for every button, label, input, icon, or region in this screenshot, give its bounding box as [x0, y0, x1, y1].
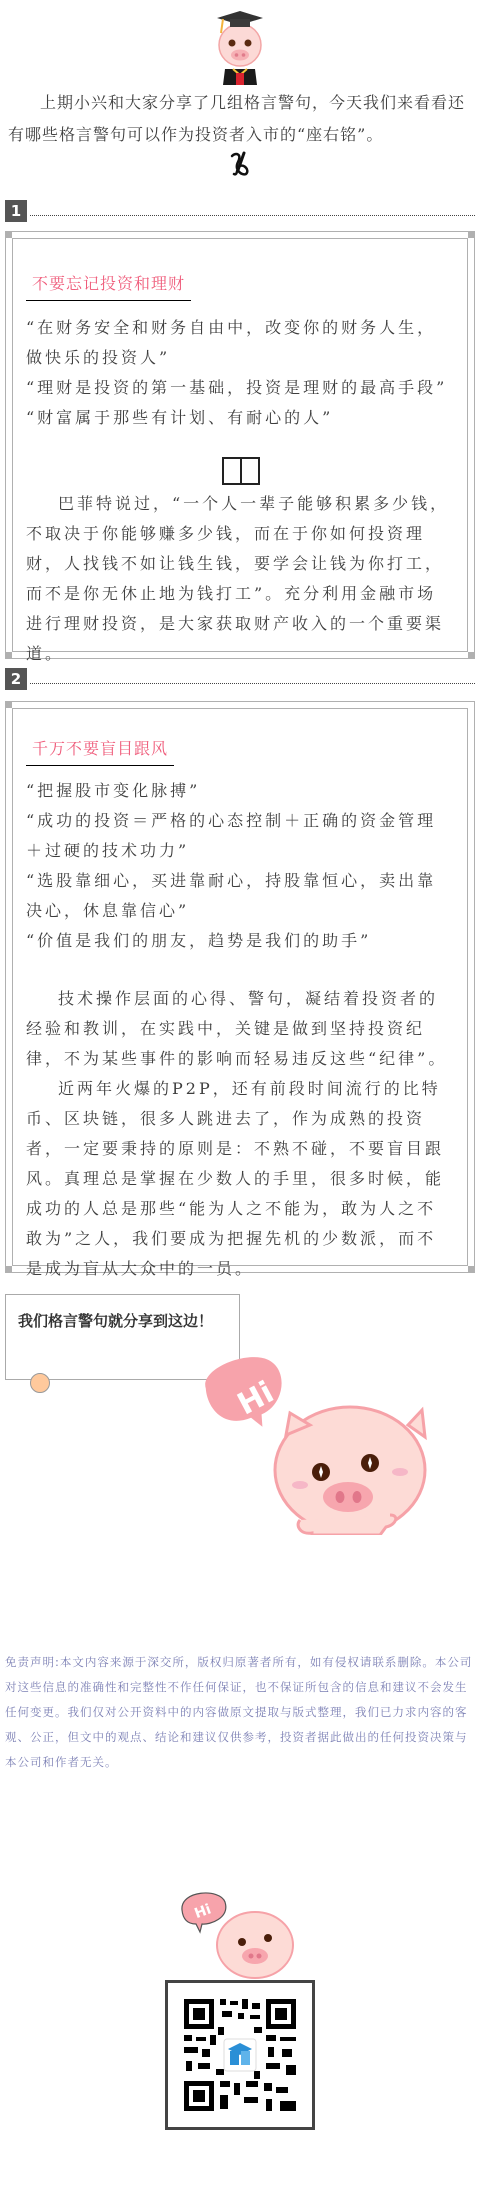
quote-item: “在财务安全和财务自由中，改变你的财务人生，做快乐的投资人” — [26, 313, 455, 373]
intro-text: 上期小兴和大家分享了几组格言警句，今天我们来看看还有哪些格言警句可以作为投资者入… — [8, 87, 472, 151]
frame-corner — [6, 702, 12, 708]
frame-corner — [6, 652, 12, 658]
frame-corner — [468, 232, 474, 238]
hi-pig-illustration: Hi — [200, 1355, 450, 1535]
frame-corner — [6, 232, 12, 238]
graduate-pig-illustration — [205, 5, 275, 85]
calligraphy-ornament-icon — [228, 150, 252, 180]
quote-item: “选股靠细心，买进靠耐心，持股靠恒心，卖出靠决心，休息靠信心” — [26, 866, 455, 926]
section-number-badge: 2 — [5, 668, 27, 690]
section-1-header: 1 — [5, 200, 475, 222]
section-2-title: 千万不要盲目跟风 — [26, 736, 174, 766]
section-1-title: 不要忘记投资和理财 — [26, 271, 191, 301]
body-paragraph: 技术操作层面的心得、警句，凝结着投资者的经验和教训，在实践中，关键是做到坚持投资… — [26, 984, 455, 1074]
quote-item: “价值是我们的朋友，趋势是我们的助手” — [26, 926, 455, 956]
footer-hi-pig-sticker: Hi — [180, 1880, 300, 1980]
qr-code[interactable] — [165, 1980, 315, 2130]
closing-text: 我们格言警句就分享到这边！ — [18, 1305, 227, 1337]
section-2-frame: 千万不要盲目跟风 “把握股市变化脉搏” “成功的投资＝严格的心态控制＋正确的资金… — [5, 701, 475, 1273]
qr-code-pattern — [168, 1983, 312, 2127]
quote-item: “成功的投资＝严格的心态控制＋正确的资金管理＋过硬的技术功力” — [26, 806, 455, 866]
body-paragraph: 近两年火爆的P2P，还有前段时间流行的比特币、区块链，很多人跳进去了，作为成熟的… — [26, 1074, 455, 1284]
open-book-icon — [222, 457, 260, 485]
section-1-frame: 不要忘记投资和理财 “在财务安全和财务自由中，改变你的财务人生，做快乐的投资人”… — [5, 231, 475, 659]
disclaimer-text: 免责声明:本文内容来源于深交所，版权归原著者所有，如有侵权请联系删除。本公司对这… — [5, 1650, 475, 1775]
quote-item: “财富属于那些有计划、有耐心的人” — [26, 403, 455, 433]
section-2-header: 2 — [5, 668, 475, 690]
quote-item: “理财是投资的第一基础，投资是理财的最高手段” — [26, 373, 455, 403]
frame-corner — [468, 1266, 474, 1272]
dotted-divider — [30, 215, 475, 216]
section-number-badge: 1 — [5, 200, 27, 222]
intro-paragraph: 上期小兴和大家分享了几组格言警句，今天我们来看看还有哪些格言警句可以作为投资者入… — [8, 87, 472, 151]
frame-corner — [468, 652, 474, 658]
peach-dot-decoration — [30, 1373, 50, 1393]
body-paragraph: 巴菲特说过，“一个人一辈子能够积累多少钱，不取决于你能够赚多少钱，而在于你如何投… — [26, 489, 455, 669]
quote-item: “把握股市变化脉搏” — [26, 776, 455, 806]
dotted-divider — [30, 683, 475, 684]
frame-corner — [6, 1266, 12, 1272]
